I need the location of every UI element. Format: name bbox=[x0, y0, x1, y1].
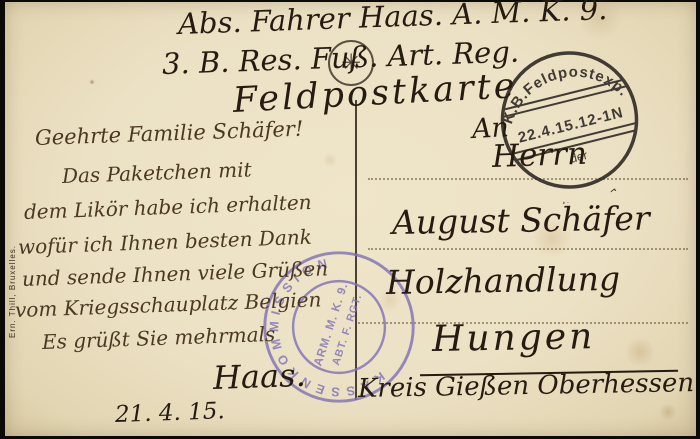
message-line: Das Paketchen mit bbox=[62, 159, 252, 186]
address-town: Hungen bbox=[432, 319, 596, 358]
address-herrn: Herrn bbox=[491, 139, 587, 173]
message-date: 21. 4. 15. bbox=[115, 400, 225, 427]
address-district: Kreis Gießen Oberhessen bbox=[358, 370, 695, 402]
address-name: August Schäfer bbox=[392, 202, 650, 239]
address-business: Holzhandlung bbox=[386, 262, 621, 299]
message-signature: Haas. bbox=[212, 359, 306, 394]
